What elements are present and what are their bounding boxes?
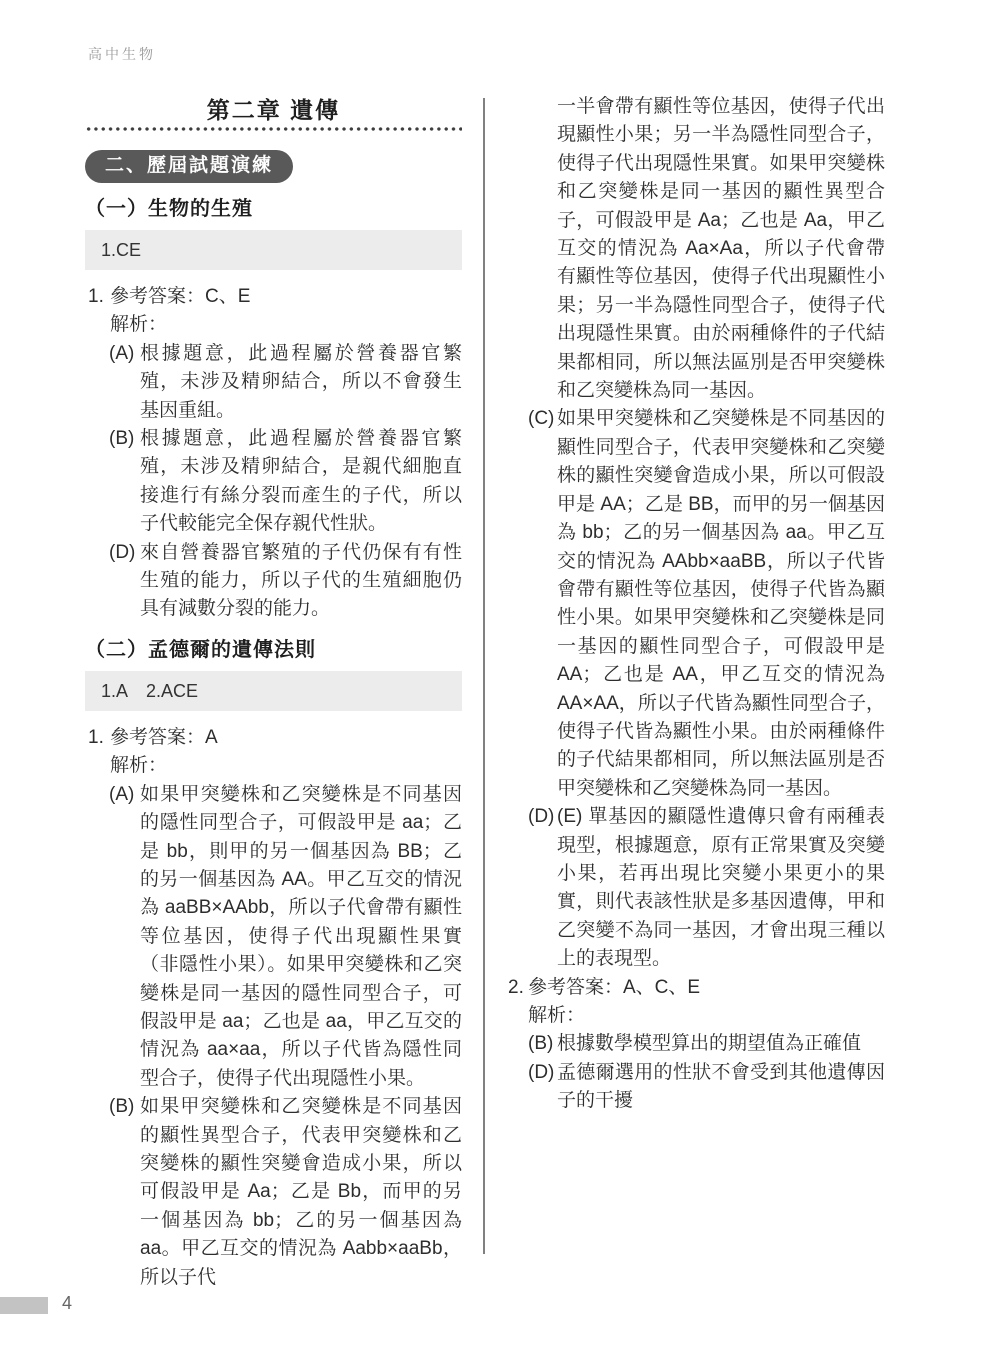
page-number: 4 <box>62 1293 72 1314</box>
question-answer-line: 2.參考答案：A、C、E <box>508 974 885 1002</box>
explanation-text: 根據題意，此過程屬於營養器官繁殖，未涉及精卵結合，所以不會發生基因重組。 <box>140 343 462 421</box>
question-answer-line: 1.參考答案：A <box>85 724 462 752</box>
explanation-text: 根據數學模型算出的期望值為正確值 <box>557 1033 861 1054</box>
explanation-item: (B)根據數學模型算出的期望值為正確值 <box>508 1030 885 1058</box>
section2-answer-key-box: 1.A2.ACE <box>85 671 462 711</box>
analysis-label: 解析： <box>85 311 462 339</box>
explanation-text: 孟德爾選用的性狀不會受到其他遺傳因子的干擾 <box>557 1062 885 1111</box>
question2-solution-block: 1.參考答案：A 解析： (A)如果甲突變株和乙突變株是不同基因的隱性同型合子，… <box>85 724 462 1292</box>
explanation-item: (A)根據題意，此過程屬於營養器官繁殖，未涉及精卵結合，所以不會發生基因重組。 <box>85 340 462 425</box>
explanation-item: (C)如果甲突變株和乙突變株是不同基因的顯性同型合子，代表甲突變株和乙突變株的顯… <box>508 405 885 803</box>
question-number: 1. <box>88 283 104 311</box>
explanation-item: (D)孟德爾選用的性狀不會受到其他遺傳因子的干擾 <box>508 1059 885 1116</box>
left-column: 第二章 遺傳 二、歷屆試題演練 （一）生物的生殖 1.CE 1.參考答案：C、E… <box>85 95 462 1292</box>
continuation-text: 一半會帶有顯性等位基因，使得子代出現顯性小果；另一半為隱性同型合子，使得子代出現… <box>508 93 885 405</box>
reference-answer: 參考答案：A <box>110 727 218 748</box>
analysis-label: 解析： <box>508 1002 885 1030</box>
answer-key: 1.A <box>101 681 128 701</box>
explanation-item: (D)(E) 單基因的顯隱性遺傳只會有兩種表現型，根據題意，原有正常果實及突變小… <box>508 803 885 973</box>
explanation-text: 根據題意，此過程屬於營養器官繁殖，未涉及精卵結合，是親代細胞直接進行有絲分裂而產… <box>140 428 462 534</box>
right-column-solution-block: 一半會帶有顯性等位基因，使得子代出現顯性小果；另一半為隱性同型合子，使得子代出現… <box>508 93 885 1116</box>
answer-key: 2.ACE <box>146 681 198 701</box>
explanation-item: (A)如果甲突變株和乙突變株是不同基因的隱性同型合子，可假設甲是 aa；乙是 b… <box>85 781 462 1093</box>
section2-heading: （二）孟德爾的遺傳法則 <box>85 637 462 664</box>
option-label: (A) <box>109 781 134 809</box>
explanation-item: (D)來自營養器官繁殖的子代仍保有有性生殖的能力，所以子代的生殖細胞仍具有減數分… <box>85 539 462 624</box>
explanation-text: 如果甲突變株和乙突變株是不同基因的隱性同型合子，可假設甲是 aa；乙是 bb，則… <box>140 784 462 1089</box>
option-label: (A) <box>109 340 134 368</box>
option-label: (D) <box>528 803 554 831</box>
section1-heading: （一）生物的生殖 <box>85 196 462 223</box>
explanation-text: (E) 單基因的顯隱性遺傳只會有兩種表現型，根據題意，原有正常果實及突變小果，若… <box>557 806 885 969</box>
section1-answer-key-box: 1.CE <box>85 230 462 270</box>
explanation-item: (B)根據題意，此過程屬於營養器官繁殖，未涉及精卵結合，是親代細胞直接進行有絲分… <box>85 425 462 539</box>
option-label: (B) <box>109 425 134 453</box>
column-divider <box>483 98 485 1254</box>
explanation-item: (B)如果甲突變株和乙突變株是不同基因的顯性異型合子，代表甲突變株和乙突變株的顯… <box>85 1093 462 1292</box>
analysis-label: 解析： <box>85 752 462 780</box>
right-column: 一半會帶有顯性等位基因，使得子代出現顯性小果；另一半為隱性同型合子，使得子代出現… <box>508 93 885 1116</box>
answer-key: 1.CE <box>101 240 141 260</box>
reference-answer: 參考答案：A、C、E <box>528 977 700 998</box>
document-page: 高中生物 第二章 遺傳 二、歷屆試題演練 （一）生物的生殖 1.CE 1.參考答… <box>0 0 1000 1353</box>
badge-row: 二、歷屆試題演練 <box>85 150 462 183</box>
option-label: (D) <box>528 1059 554 1087</box>
option-label: (D) <box>109 539 135 567</box>
option-label: (B) <box>109 1093 134 1121</box>
option-label: (C) <box>528 405 554 433</box>
question-number: 2. <box>508 974 524 1002</box>
question-answer-line: 1.參考答案：C、E <box>85 283 462 311</box>
footer-bar <box>0 1297 48 1314</box>
explanation-text: 如果甲突變株和乙突變株是不同基因的顯性同型合子，代表甲突變株和乙突變株的顯性突變… <box>557 408 885 798</box>
chapter-title: 第二章 遺傳 <box>85 95 462 125</box>
explanation-text: 來自營養器官繁殖的子代仍保有有性生殖的能力，所以子代的生殖細胞仍具有減數分裂的能… <box>140 542 462 620</box>
running-head: 高中生物 <box>88 44 156 64</box>
question-number: 1. <box>88 724 104 752</box>
reference-answer: 參考答案：C、E <box>110 286 250 307</box>
option-label: (B) <box>528 1030 553 1058</box>
explanation-text: 如果甲突變株和乙突變株是不同基因的顯性異型合子，代表甲突變株和乙突變株的顯性突變… <box>140 1096 462 1287</box>
question1-solution-block: 1.參考答案：C、E 解析： (A)根據題意，此過程屬於營養器官繁殖，未涉及精卵… <box>85 283 462 624</box>
dotted-divider <box>85 127 462 131</box>
practice-section-badge: 二、歷屆試題演練 <box>85 150 293 183</box>
